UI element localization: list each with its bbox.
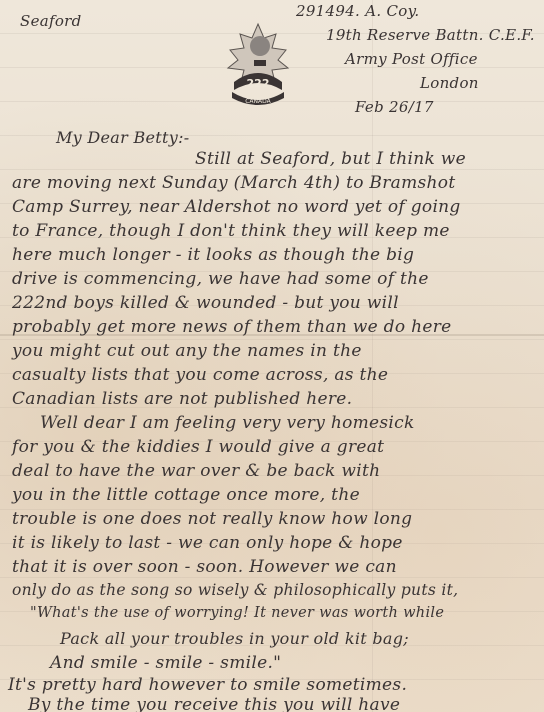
song-line: And smile - smile - smile." — [50, 653, 281, 673]
body-line: probably get more news of them than we d… — [12, 317, 452, 337]
maple-leaf-crest-icon: 222 CANADA — [222, 20, 294, 108]
body-line: you in the little cottage once more, the — [12, 485, 360, 505]
body-line: Camp Surrey, near Aldershot no word yet … — [12, 197, 461, 217]
body-line: to France, though I don't think they wil… — [12, 221, 450, 241]
body-line: Well dear I am feeling very very homesic… — [40, 413, 415, 433]
body-line: trouble is one does not really know how … — [12, 509, 412, 529]
body-line: It's pretty hard however to smile someti… — [8, 675, 407, 695]
place-heading: Seaford — [20, 12, 82, 30]
body-line: Canadian lists are not published here. — [12, 389, 352, 409]
body-line: for you & the kiddies I would give a gre… — [12, 437, 384, 457]
post-address: Army Post Office — [345, 50, 478, 68]
regimental-number: 291494. A. Coy. — [296, 2, 419, 20]
body-line: Still at Seaford, but I think we — [195, 149, 466, 169]
body-line: only do as the song so wisely & philosop… — [12, 581, 458, 599]
body-line: that it is over soon - soon. However we … — [12, 557, 397, 577]
body-line: casualty lists that you come across, as … — [12, 365, 388, 385]
letter-date: Feb 26/17 — [355, 98, 434, 116]
body-line: are moving next Sunday (March 4th) to Br… — [12, 173, 455, 193]
song-line: "What's the use of worrying! It never wa… — [30, 605, 444, 621]
song-line: Pack all your troubles in your old kit b… — [60, 629, 409, 648]
body-line: you might cut out any the names in the — [12, 341, 362, 361]
body-line: here much longer - it looks as though th… — [12, 245, 414, 265]
body-line: deal to have the war over & be back with — [12, 461, 380, 481]
body-line: it is likely to last - we can only hope … — [12, 533, 403, 553]
body-line: By the time you receive this you will ha… — [28, 695, 400, 712]
body-line: drive is commencing, we have had some of… — [12, 269, 429, 289]
city-address: London — [420, 74, 479, 92]
svg-text:CANADA: CANADA — [245, 98, 271, 105]
salutation: My Dear Betty:- — [56, 128, 190, 147]
svg-text:222: 222 — [247, 77, 270, 90]
unit-address: 19th Reserve Battn. C.E.F. — [326, 26, 535, 44]
body-line: 222nd boys killed & wounded - but you wi… — [12, 293, 399, 313]
